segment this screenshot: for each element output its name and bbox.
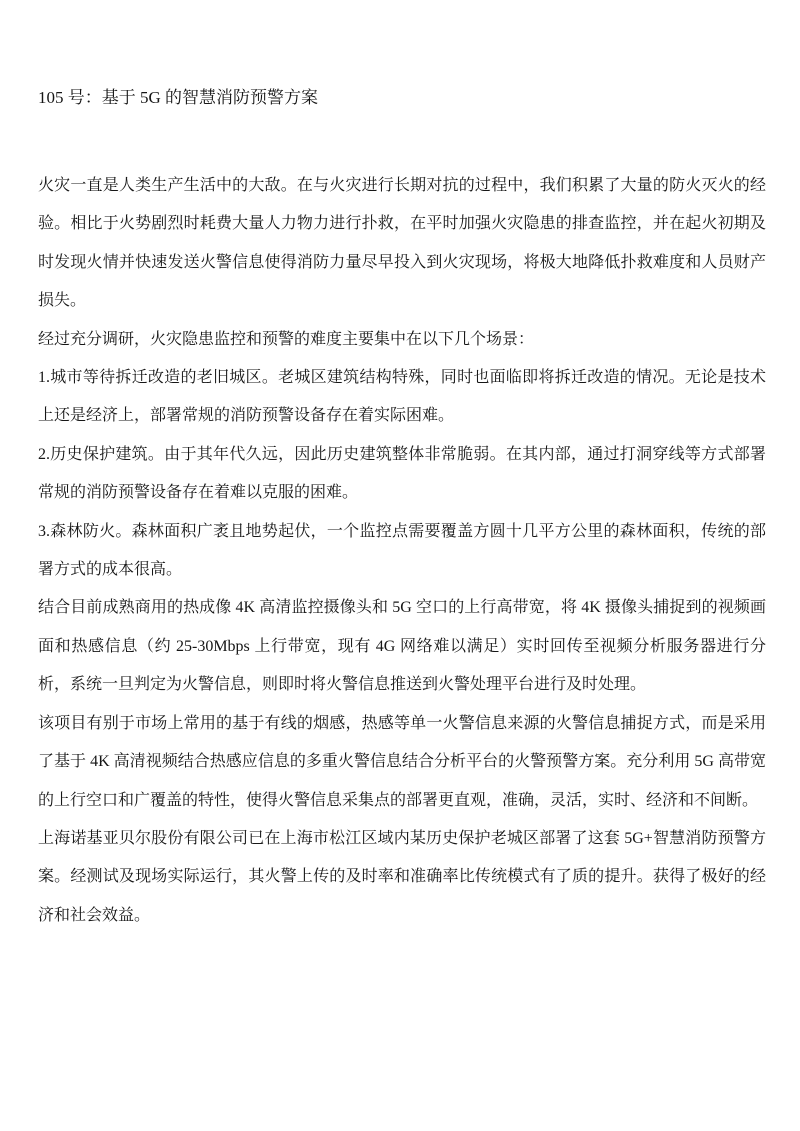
paragraph-scenario-3: 3.森林防火。森林面积广袤且地势起伏，一个监控点需要覆盖方圆十几平方公里的森林面…	[38, 513, 766, 590]
paragraph-differentiation: 该项目有别于市场上常用的基于有线的烟感，热感等单一火警信息来源的火警信息捕捉方式…	[38, 705, 766, 820]
paragraph-intro: 火灾一直是人类生产生活中的大敌。在与火灾进行长期对抗的过程中，我们积累了大量的防…	[38, 167, 766, 321]
document-title: 105 号：基于 5G 的智慧消防预警方案	[38, 79, 766, 117]
paragraph-scenario-2: 2.历史保护建筑。由于其年代久远，因此历史建筑整体非常脆弱。在其内部，通过打洞穿…	[38, 436, 766, 513]
paragraph-deployment-result: 上海诺基亚贝尔股份有限公司已在上海市松江区域内某历史保护老城区部署了这套 5G+…	[38, 820, 766, 935]
paragraph-solution: 结合目前成熟商用的热成像 4K 高清监控摄像头和 5G 空口的上行高带宽，将 4…	[38, 589, 766, 704]
paragraph-survey-lead: 经过充分调研，火灾隐患监控和预警的难度主要集中在以下几个场景：	[38, 321, 766, 359]
paragraph-scenario-1: 1.城市等待拆迁改造的老旧城区。老城区建筑结构特殊，同时也面临即将拆迁改造的情况…	[38, 359, 766, 436]
document-body: 火灾一直是人类生产生活中的大敌。在与火灾进行长期对抗的过程中，我们积累了大量的防…	[38, 167, 766, 935]
document-page: 105 号：基于 5G 的智慧消防预警方案 火灾一直是人类生产生活中的大敌。在与…	[0, 0, 800, 1131]
